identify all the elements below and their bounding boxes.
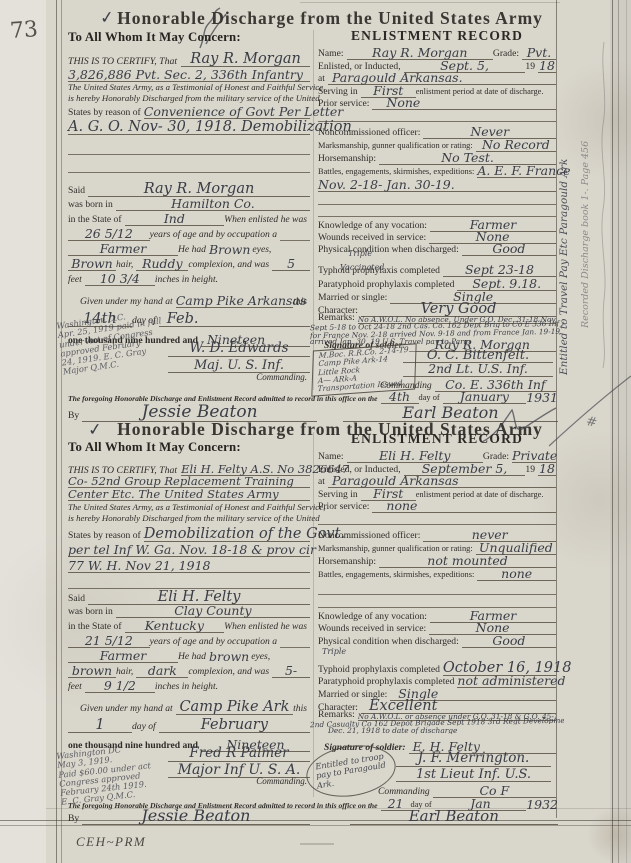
by-line: By Jessie Beaton Earl Beaton (68, 807, 558, 825)
form2-recorded: The foregoing Honorable Discharge and En… (68, 0, 558, 863)
margin-note-recorded: Recorded Discharge book 1-. Page 456 (580, 28, 591, 328)
paper-left-edge (56, 0, 57, 863)
footer-dash (300, 843, 334, 845)
margin-page-number: 73 (9, 19, 38, 43)
by-label: By (68, 814, 82, 825)
footer-code: CEH~PRM (76, 834, 146, 850)
margin-scribble (598, 40, 610, 370)
clerk-signature: Jessie Beaton (82, 808, 309, 825)
deputy-signature: Earl Beaton (350, 809, 558, 825)
paper-left-edge-2 (61, 0, 62, 863)
